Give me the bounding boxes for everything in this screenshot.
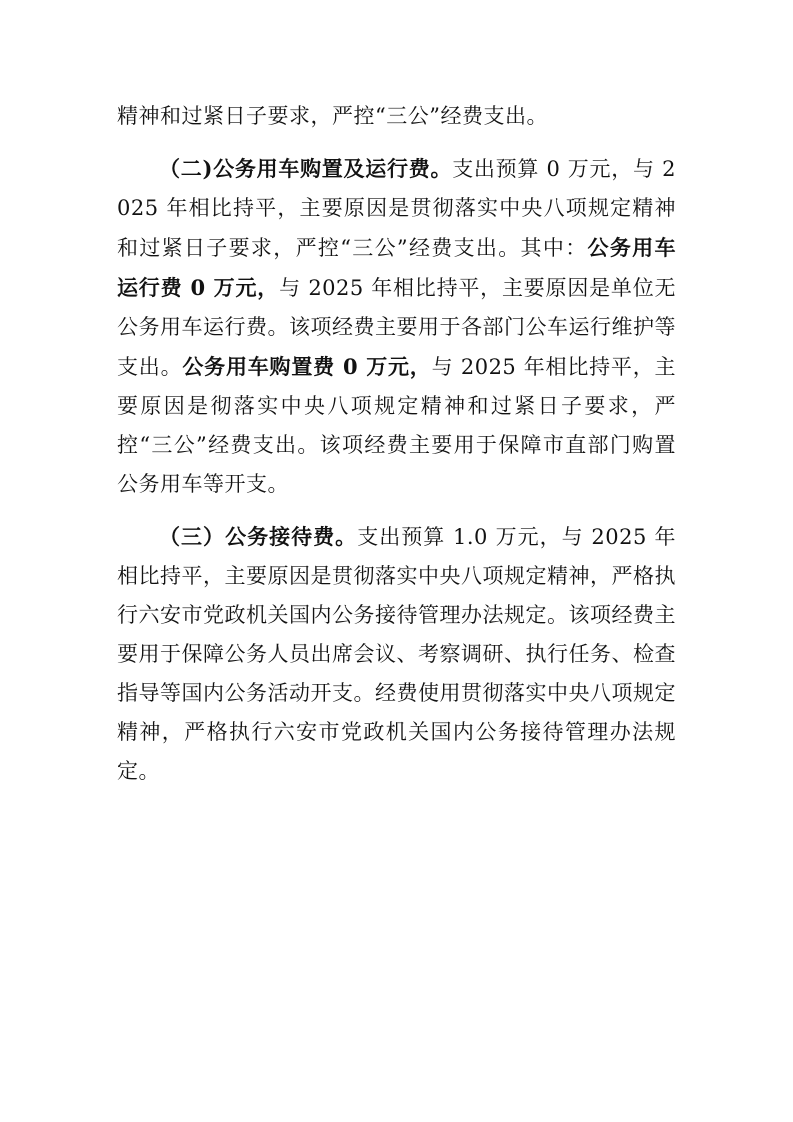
paragraph: （二)公务用车购置及运行费。支出预算 0 万元，与 2025 年相比持平，主要原… [117,149,676,504]
text-run-bold: （二)公务用车购置及运行费。 [159,156,452,181]
text-run: 支出预算 1.0 万元，与 2025 年相比持平，主要原因是贯彻落实中央八项规定… [117,525,676,783]
text-run-bold: 公务用车购置费 0 万元， [182,354,431,379]
text-run-bold: （三）公务接待费。 [159,524,357,549]
document-body: 精神和过紧日子要求，严控“三公”经费支出。（二)公务用车购置及运行费。支出预算 … [117,97,676,791]
paragraph: （三）公务接待费。支出预算 1.0 万元，与 2025 年相比持平，主要原因是贯… [117,517,676,791]
text-run: 精神和过紧日子要求，严控“三公”经费支出。 [117,104,548,128]
document-page: 精神和过紧日子要求，严控“三公”经费支出。（二)公务用车购置及运行费。支出预算 … [0,0,793,1122]
paragraph: 精神和过紧日子要求，严控“三公”经费支出。 [117,97,676,136]
